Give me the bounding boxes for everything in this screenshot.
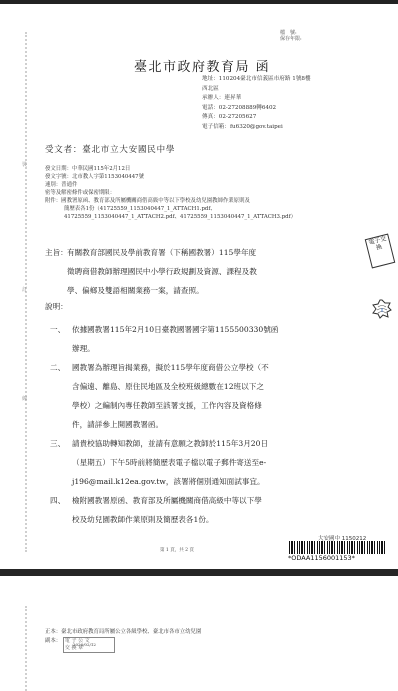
e-document-stamp-icon: 電 子 公 文 2026/02/12 交 換 章	[63, 637, 115, 653]
subject-text: 有關教育部國民及學前教育署（下稱國教署）115學年度	[67, 248, 256, 257]
item-text: 檢附國教署原函、教育部及所屬機關商借高級中等以下學	[72, 496, 262, 505]
archive-meta: 檔 號: 保存年限:	[280, 30, 302, 42]
e-exchange-stamp-icon: 電子交換	[365, 234, 396, 269]
barcode-icon	[289, 541, 387, 554]
list-item: 二、國教署為辦理旨揭業務，擬於115學年度商借公立學校（不 含偏遠、離島、原住民…	[50, 358, 278, 434]
document-title: 臺北市政府教育局 函	[134, 56, 270, 75]
contact-person: 承辦人：連昇華	[202, 94, 311, 104]
explanation-items: 一、依據國教署115年2月10日臺教國署國字第1155500330號函 辦理。 …	[50, 320, 278, 529]
page-number: 第 1 頁，共 2 頁	[160, 547, 194, 553]
retention-label: 保存年限:	[280, 36, 302, 42]
item-number: 二、	[50, 358, 72, 377]
document-info: 發文日期：中華民國115年2月12日 發文字號：北市教人字第1153040447…	[45, 165, 296, 221]
page-separator	[0, 569, 398, 576]
issue-date: 發文日期：中華民國115年2月12日	[45, 165, 296, 173]
binding-mark: 裝	[22, 161, 27, 168]
item-text: 含偏遠、離島、原住民地區及全校班級總數在12班以下之	[50, 377, 278, 396]
item-text: 依據國教署115年2月10日臺教國署國字第1155500330號函	[72, 325, 278, 334]
binding-mark: 訂	[22, 286, 27, 293]
email: 電子信箱：fu6320@gov.taipei	[202, 123, 311, 133]
attachments: 附件：國教署原函、教育部及所屬機關商借高級中等以下學校及幼兒園教師作業原則及	[45, 197, 296, 205]
item-text: 校及幼兒園教師作業原則及簡歷表各1份。	[50, 510, 278, 529]
item-text: 國教署為辦理旨揭業務，擬於115學年度商借公立學校（不	[72, 363, 269, 372]
document-number: 發文字號：北市教人字第1153040447號	[45, 173, 296, 181]
item-number: 四、	[50, 491, 72, 510]
barcode-text: *ODAA1156001153*	[288, 554, 355, 562]
item-text: 件，請詳參上開國教署函。	[50, 415, 278, 434]
list-item: 四、檢附國教署原函、教育部及所屬機關商借高級中等以下學 校及幼兒園教師作業原則及…	[50, 491, 278, 529]
document-page-1: 裝 訂 線 檔 號: 保存年限: 臺北市政府教育局 函 地址：110204臺北市…	[0, 4, 398, 569]
list-item: 三、請貴校協助轉知教師，並請有意願之教師於115年3月20日 （星期五）下午5時…	[50, 434, 278, 491]
fax: 傳真：02-27205627	[202, 113, 311, 123]
sender-address-cont: 西北區	[202, 85, 311, 95]
e-stamp-bottom: 交 換 章	[65, 645, 83, 652]
sender-address: 地址：110204臺北市信義區市府路 1號8樓	[202, 75, 311, 85]
copy-label: 副本：	[45, 638, 61, 644]
item-number: 一、	[50, 320, 72, 339]
item-text: 辦理。	[50, 339, 278, 358]
copy-recipients: 副本： 電 子 公 文 2026/02/12 交 換 章	[45, 637, 115, 653]
subject-text: 徵聘商借教師辦理國民中小學行政規劃及資源、課程及教	[45, 262, 257, 281]
subject: 主旨：有關教育部國民及學前教育署（下稱國教署）115學年度 徵聘商借教師辦理國民…	[45, 243, 257, 300]
main-recipients: 正本：臺北市政府教育局所屬公立各級學校、臺北市各市立幼兒園	[45, 628, 201, 637]
attachments-cont: 簡歷表各1份（41725559_1153040447_1_ATTACH1.pdf…	[45, 205, 296, 213]
item-number: 三、	[50, 434, 72, 453]
explanation-label: 說明：	[45, 301, 68, 312]
item-text: （星期五）下午5時前將簡歷表電子檔以電子郵件寄送至e-	[50, 453, 278, 472]
sender-info: 地址：110204臺北市信義區市府路 1號8樓 西北區 承辦人：連昇華 電話：0…	[202, 75, 311, 132]
secrecy-level: 密等及解密條件或保密期限：	[45, 189, 296, 197]
recipient: 受文者：臺北市立大安國民中學	[45, 143, 175, 155]
item-text: 學校）之編制內專任教師至該署支援，工作內容及資格條	[50, 396, 278, 415]
delivery-speed: 速別：普通件	[45, 181, 296, 189]
subject-text: 學、偏鄉及雙語相關業務一案，請查照。	[45, 281, 257, 300]
document-page-2: 正本：臺北市政府教育局所屬公立各級學校、臺北市各市立幼兒園 副本： 電 子 公 …	[0, 576, 398, 691]
binding-line	[25, 606, 28, 691]
binding-mark: 線	[22, 395, 27, 402]
receipt-seal-icon	[372, 299, 392, 319]
item-text: j196@mail.k12ea.gov.tw，該署將個別通知面試事宜。	[50, 472, 278, 491]
subject-label: 主旨：	[45, 243, 67, 262]
attachments-cont: 41725559_1153040447_1_ATTACH2.pdf、417255…	[45, 213, 296, 221]
list-item: 一、依據國教署115年2月10日臺教國署國字第1155500330號函 辦理。	[50, 320, 278, 358]
item-text: 請貴校協助轉知教師，並請有意願之教師於115年3月20日	[72, 439, 268, 448]
phone: 電話：02-27208889轉6402	[202, 104, 311, 114]
